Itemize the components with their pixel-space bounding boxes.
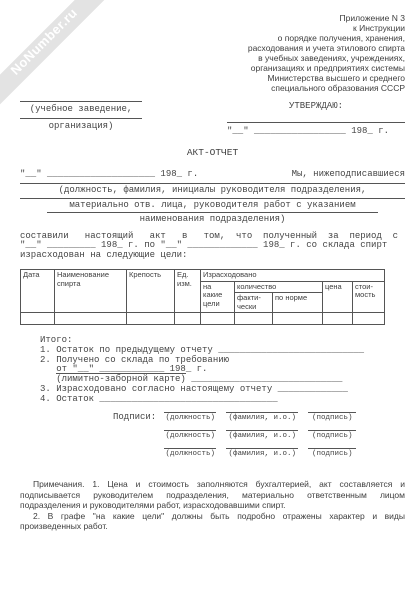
note-2: 2. В графе "на какие цели" должны быть п… bbox=[20, 511, 405, 532]
signatures-title: Подписи: bbox=[113, 413, 156, 466]
caption-line-2: материально отв. лица, руководителя рабо… bbox=[20, 198, 405, 213]
table-empty-data-row bbox=[21, 313, 385, 325]
col-header-actual: факти- чески bbox=[235, 293, 273, 313]
approve-signature-blank bbox=[227, 111, 405, 123]
period-paragraph: составили настоящий акт в том, что получ… bbox=[20, 232, 405, 261]
we-undersigned-text: Мы, нижеподписавшиеся bbox=[292, 169, 405, 179]
approval-row: (учебное заведение, организация) УТВЕРЖД… bbox=[20, 101, 405, 136]
note-1: Примечания. 1. Цена и стоимость заполняю… bbox=[20, 479, 405, 511]
header-line: о порядке получения, хранения, bbox=[20, 33, 405, 43]
col-header-unit: Ед. изм. bbox=[175, 270, 201, 313]
table-empty-cell bbox=[55, 313, 127, 325]
signature-position-caption: (должность) bbox=[164, 448, 216, 459]
col-header-cost: стои- мость bbox=[353, 281, 385, 313]
document-content: Приложение N 3 к Инструкции о порядке по… bbox=[0, 0, 420, 600]
approve-block: УТВЕРЖДАЮ: "__" _________________ 198_ г… bbox=[227, 101, 405, 136]
col-header-strength: Крепость bbox=[127, 270, 175, 313]
table-empty-cell bbox=[323, 313, 353, 325]
col-header-spent: Израсходовано bbox=[201, 270, 385, 282]
table-header-row-1: Дата Наименование спирта Крепость Ед. из… bbox=[21, 270, 385, 282]
signature-row: (должность) (фамилия, и.о.) (подпись) bbox=[164, 448, 356, 459]
organization-caption-2: организация) bbox=[20, 118, 142, 131]
signature-sign-caption: (подпись) bbox=[308, 448, 356, 459]
col-header-date: Дата bbox=[21, 270, 55, 313]
notes-section: Примечания. 1. Цена и стоимость заполняю… bbox=[20, 479, 405, 532]
table-empty-cell bbox=[353, 313, 385, 325]
totals-section: Итого: 1. Остаток по предыдущему отчету … bbox=[40, 336, 405, 404]
alcohol-usage-table: Дата Наименование спирта Крепость Ед. из… bbox=[20, 269, 385, 325]
header-line: специального образования СССР bbox=[20, 83, 405, 93]
organization-caption-1: (учебное заведение, bbox=[20, 101, 142, 114]
document-page: NoNumber.ru Приложение N 3 к Инструкции … bbox=[0, 0, 420, 600]
limit-indent bbox=[40, 374, 56, 384]
table-empty-cell bbox=[21, 313, 55, 325]
limit-card-caption: (лимитно-заборной карте) bbox=[56, 373, 186, 384]
approve-date-line: "__" _________________ 198_ г. bbox=[227, 126, 405, 136]
signature-name-caption: (фамилия, и.о.) bbox=[226, 412, 298, 423]
col-header-purpose: на какие цели bbox=[201, 281, 235, 313]
table-empty-cell bbox=[127, 313, 175, 325]
signature-name-caption: (фамилия, и.о.) bbox=[226, 448, 298, 459]
header-line: расходования и учета этилового спирта bbox=[20, 43, 405, 53]
header-line: в учебных заведениях, учреждениях, bbox=[20, 53, 405, 63]
document-title: АКТ-ОТЧЕТ bbox=[20, 147, 405, 158]
table-empty-cell bbox=[235, 313, 273, 325]
header-line: Министерства высшего и среднего bbox=[20, 73, 405, 83]
signature-row: (должность) (фамилия, и.о.) (подпись) bbox=[164, 430, 356, 441]
signatures-section: Подписи: (должность) (фамилия, и.о.) (по… bbox=[113, 412, 405, 466]
signature-position-caption: (должность) bbox=[164, 412, 216, 423]
signature-sign-caption: (подпись) bbox=[308, 412, 356, 423]
act-date-row: "__" ____________________ 198_ г. Мы, ни… bbox=[20, 169, 405, 179]
col-header-price: цена bbox=[323, 281, 353, 313]
limit-card-blank: ____________________________ bbox=[186, 374, 343, 384]
caption-line-1: (должность, фамилия, инициалы руководите… bbox=[20, 183, 405, 198]
act-date-line: "__" ____________________ 198_ г. bbox=[20, 169, 198, 179]
col-header-quantity: количество bbox=[235, 281, 323, 293]
totals-item-4: 4. Остаток _____________________________… bbox=[40, 395, 405, 405]
caption-line-3: наименования подразделения) bbox=[47, 212, 378, 227]
col-header-by-norm: по норме bbox=[273, 293, 323, 313]
signature-name-caption: (фамилия, и.о.) bbox=[226, 430, 298, 441]
period-line-3: израсходован на следующие цели: bbox=[20, 251, 405, 261]
approve-title: УТВЕРЖДАЮ: bbox=[227, 101, 405, 111]
signature-row: (должность) (фамилия, и.о.) (подпись) bbox=[164, 412, 356, 423]
signatories-caption-block: (должность, фамилия, инициалы руководите… bbox=[20, 183, 405, 227]
signature-sign-caption: (подпись) bbox=[308, 430, 356, 441]
table-empty-cell bbox=[201, 313, 235, 325]
signature-rows: (должность) (фамилия, и.о.) (подпись) (д… bbox=[164, 412, 356, 466]
header-line: организациях и предприятиях системы bbox=[20, 63, 405, 73]
col-header-name: Наименование спирта bbox=[55, 270, 127, 313]
table-empty-cell bbox=[175, 313, 201, 325]
signature-position-caption: (должность) bbox=[164, 430, 216, 441]
organization-block: (учебное заведение, организация) bbox=[20, 101, 142, 136]
table-empty-cell bbox=[273, 313, 323, 325]
